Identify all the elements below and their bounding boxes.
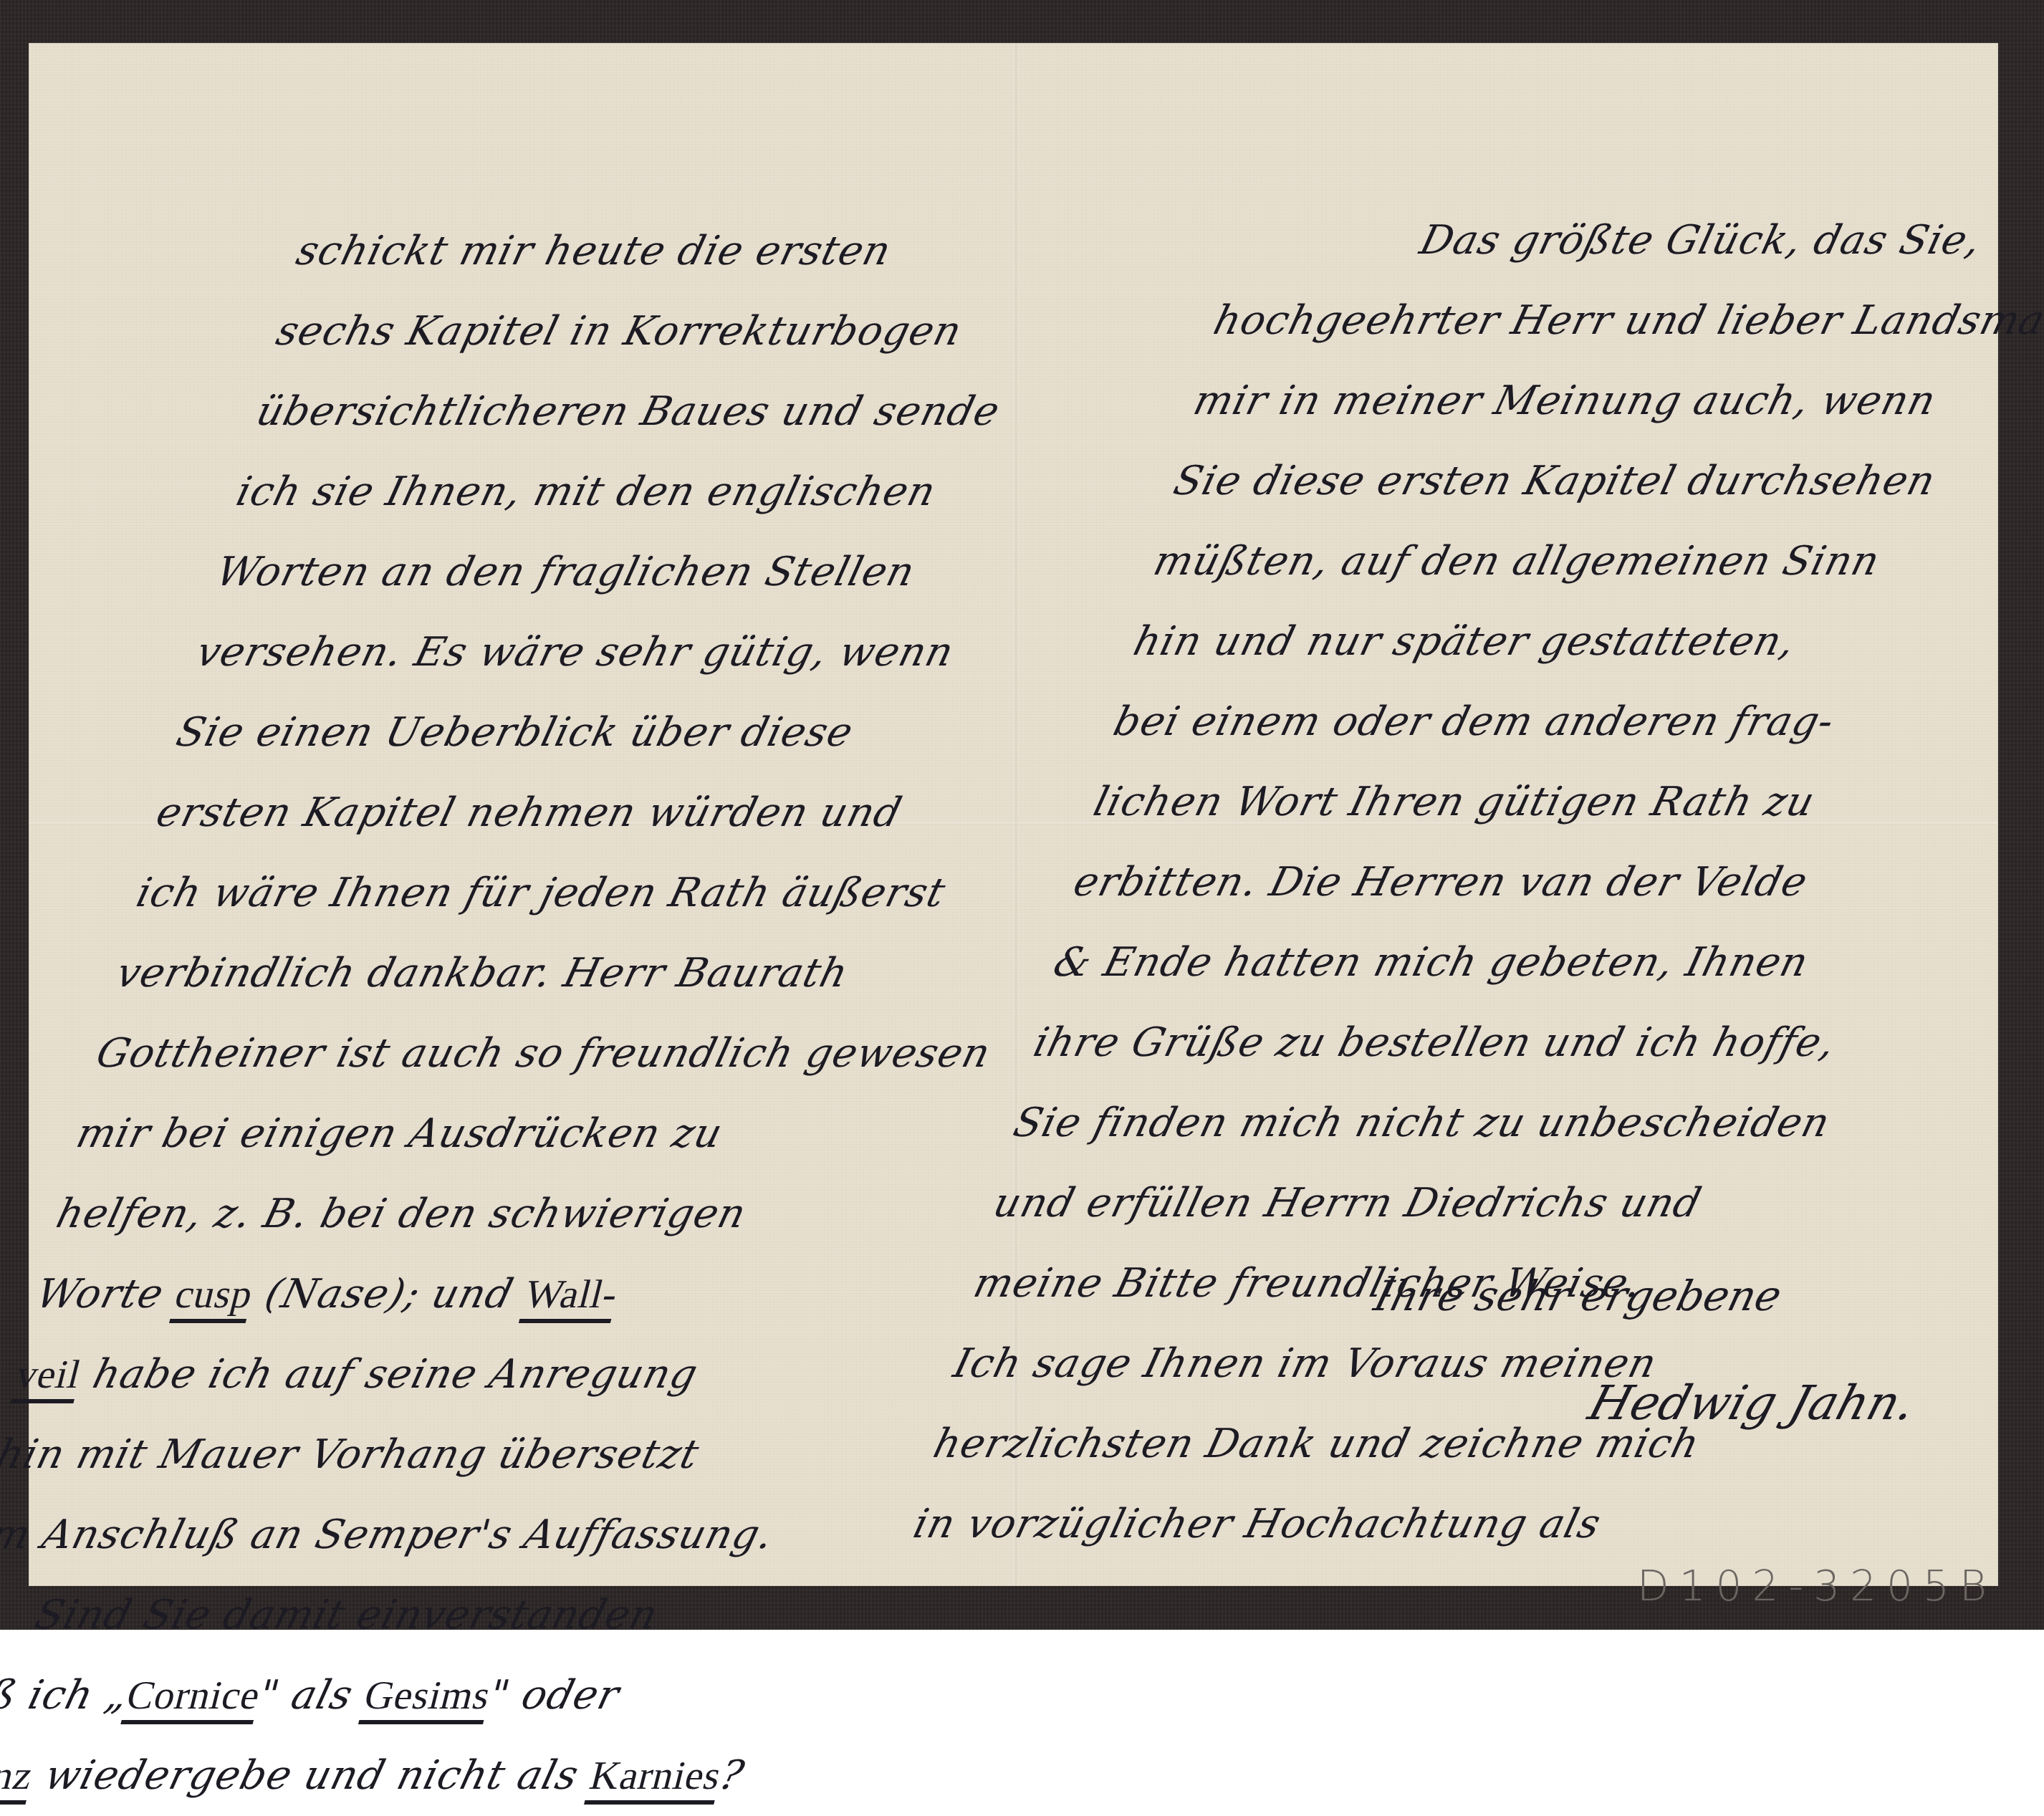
left-line-9: ich wäre Ihnen für jeden Rath äußerst xyxy=(128,853,1050,933)
left-line-19: daß ich „Cornice" als Gesims" oder xyxy=(0,1656,850,1688)
left-line-4: ich sie Ihnen, mit den englischen xyxy=(228,452,1151,532)
left-line-16: hin mit Mauer Vorhang übersetzt xyxy=(0,1415,910,1495)
letter-sheet: schickt mir heute die ersten sechs Kapit… xyxy=(29,43,1998,1586)
right-line-7: bei einem oder dem anderen frag- xyxy=(1105,682,2042,762)
left-line-13: helfen, z. B. bei den schwierigen xyxy=(47,1174,970,1254)
right-line-13: und erfüllen Herrn Diedrichs und xyxy=(984,1163,1921,1244)
left-line-15: veil habe ich auf seine Anregung xyxy=(7,1335,930,1415)
letter-closing: Ihre sehr ergebene xyxy=(1370,1272,1787,1320)
left-line-14: Worte cusp (Nase); und Wall- xyxy=(27,1254,950,1335)
left-line-5: Worten an den fraglichen Stellen xyxy=(208,532,1131,612)
right-line-8: lichen Wort Ihren gütigen Rath zu xyxy=(1085,762,2022,842)
underlined-term-cusp: cusp xyxy=(171,1272,258,1317)
right-line-2: hochgeehrter Herr und lieber Landsmann, xyxy=(1205,281,2044,361)
right-line-5: müßten, auf den allgemeinen Sinn xyxy=(1145,522,2044,602)
left-line-1: schickt mir heute die ersten xyxy=(287,211,1210,292)
text-span: " oder xyxy=(484,1672,624,1688)
text-span: habe ich auf seine Anregung xyxy=(75,1351,702,1398)
right-line-17: in vorzüglicher Hochachtung als xyxy=(905,1484,1842,1565)
left-line-11: Gottheiner ist auch so freundlich gewese… xyxy=(87,1014,1010,1094)
underlined-term-cornice: Cornice xyxy=(123,1673,266,1688)
text-span: (Nase); und xyxy=(247,1271,532,1317)
left-line-2: sechs Kapitel in Korrekturbogen xyxy=(267,292,1190,372)
left-line-10: verbindlich dankbar. Herr Baurath xyxy=(107,933,1030,1014)
right-line-11: ihre Grüße zu bestellen und ich hoffe, xyxy=(1025,1003,1962,1083)
archive-pencil-mark: D102-3205B xyxy=(1637,1562,1997,1610)
text-span: daß ich „ xyxy=(0,1672,133,1688)
left-line-17: im Anschluß an Semper's Auffassung. xyxy=(0,1495,890,1575)
left-line-3: übersichtlicheren Baues und sende xyxy=(247,372,1170,452)
signature: Hedwig Jahn. xyxy=(1583,1375,1922,1431)
right-line-1: Das größte Glück, das Sie, xyxy=(1224,201,2044,281)
underlined-term-wall: Wall- xyxy=(520,1272,623,1317)
dark-mount-background: schickt mir heute die ersten sechs Kapit… xyxy=(0,0,2044,1630)
right-line-3: mir in meiner Meinung auch, wenn xyxy=(1185,361,2044,441)
underlined-term-veil: veil xyxy=(12,1353,86,1397)
right-line-4: Sie diese ersten Kapitel durchsehen xyxy=(1165,441,2044,522)
right-line-10: & Ende hatten mich gebeten, Ihnen xyxy=(1045,923,1982,1003)
text-span: " als xyxy=(254,1672,372,1688)
right-line-12: Sie finden mich nicht zu unbescheiden xyxy=(1004,1083,1942,1163)
left-line-18: Sind Sie damit einverstanden xyxy=(0,1575,870,1656)
left-line-7: Sie einen Ueberblick über diese xyxy=(168,693,1090,773)
right-line-6: hin und nur später gestatteten, xyxy=(1125,602,2044,682)
text-span: Worte xyxy=(32,1271,182,1317)
left-line-8: ersten Kapitel nehmen würden und xyxy=(148,773,1070,853)
left-line-6: versehen. Es wäre sehr gütig, wenn xyxy=(188,612,1110,693)
right-line-9: erbitten. Die Herren van der Velde xyxy=(1065,842,2002,923)
left-line-12: mir bei einigen Ausdrücken zu xyxy=(67,1094,990,1174)
underlined-term-gesims: Gesims xyxy=(360,1673,495,1688)
